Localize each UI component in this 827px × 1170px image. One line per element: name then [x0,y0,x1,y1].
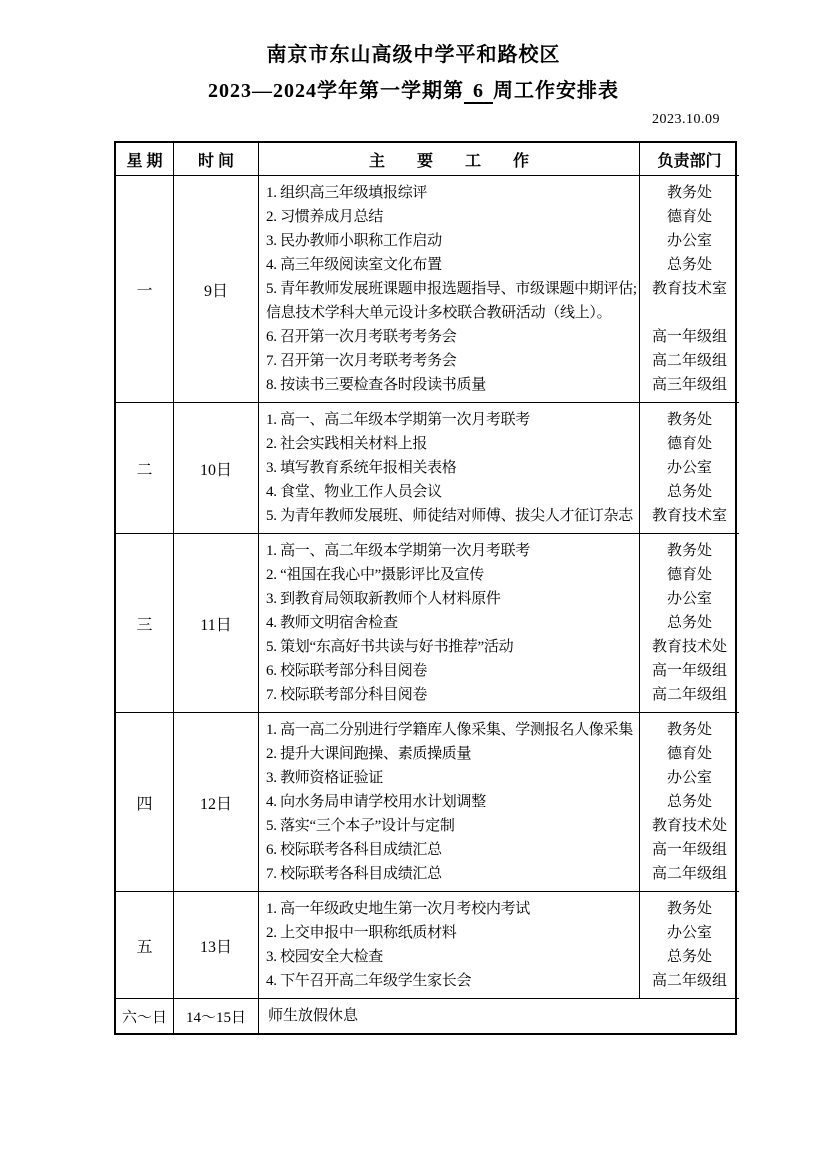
department-label: 总务处 [640,480,739,504]
tasks-cell: 1. 组织高三年级填报综评2. 习惯养成月总结3. 民办教师小职称工作启动4. … [259,175,640,402]
weekday-cell: 二 [116,402,174,533]
task-line: 7. 召开第一次月考联考考务会 [266,349,637,373]
department-label: 高一年级组 [640,659,739,683]
department-label: 高二年级组 [640,349,739,373]
task-line: 2. 提升大课间跑操、素质操质量 [266,742,637,766]
task-line: 3. 民办教师小职称工作启动 [266,229,637,253]
task-line: 4. 食堂、物业工作人员会议 [266,480,637,504]
weekend-note-cell: 师生放假休息 [259,998,739,1033]
departments-cell: 教务处德育处办公室总务处教育技术处高一年级组高二年级组 [640,712,739,891]
task-line: 1. 高一、高二年级本学期第一次月考联考 [266,408,637,432]
departments-cell: 教务处德育处办公室总务处教育技术处高一年级组高二年级组 [640,533,739,712]
task-line: 7. 校际联考部分科目阅卷 [266,683,637,707]
schedule-row: 四 12日 1. 高一高二分别进行学籍库人像采集、学测报名人像采集2. 提升大课… [116,712,735,891]
departments-cell: 教务处办公室总务处高二年级组 [640,891,739,998]
task-line: 4. 下午召开高二年级学生家长会 [266,969,637,993]
task-line: 2. 社会实践相关材料上报 [266,432,637,456]
weekday-cell: 五 [116,891,174,998]
column-header-dept: 负责部门 [640,143,739,175]
weekday-cell: 四 [116,712,174,891]
task-line: 5. 青年教师发展班课题申报选题指导、市级课题中期评估; [266,277,637,301]
tasks-cell: 1. 高一、高二年级本学期第一次月考联考2. “祖国在我心中”摄影评比及宣传3.… [259,533,640,712]
task-line: 4. 高三年级阅读室文化布置 [266,253,637,277]
weekday-cell: 六～日 [116,998,174,1033]
weekend-row: 六～日 14～15日 师生放假休息 [116,998,735,1033]
department-label: 德育处 [640,742,739,766]
department-label: 办公室 [640,229,739,253]
document-page: 南京市东山高级中学平和路校区 2023—2024学年第一学期第6周工作安排表 2… [0,0,827,1170]
date-cell: 14～15日 [174,998,259,1033]
department-label: 高一年级组 [640,838,739,862]
table-header-row: 星 期 时 间 主 要 工 作 负责部门 [116,143,735,175]
department-label: 教务处 [640,897,739,921]
task-line: 5. 为青年教师发展班、师徒结对师傅、拔尖人才征订杂志 [266,504,637,528]
weekday-cell: 一 [116,175,174,402]
department-label: 总务处 [640,945,739,969]
task-line: 1. 组织高三年级填报综评 [266,181,637,205]
task-line: 3. 校园安全大检查 [266,945,637,969]
department-label: 总务处 [640,611,739,635]
task-line: 6. 校际联考部分科目阅卷 [266,659,637,683]
task-line: 6. 召开第一次月考联考考务会 [266,325,637,349]
date-cell: 12日 [174,712,259,891]
department-label: 办公室 [640,587,739,611]
departments-cell: 教务处德育处办公室总务处教育技术室 [640,402,739,533]
department-label: 办公室 [640,921,739,945]
week-number: 6 [464,80,493,104]
schedule-row: 一 9日 1. 组织高三年级填报综评2. 习惯养成月总结3. 民办教师小职称工作… [116,175,735,402]
page-title-line1: 南京市东山高级中学平和路校区 [0,0,827,68]
task-line: 3. 填写教育系统年报相关表格 [266,456,637,480]
department-label: 办公室 [640,766,739,790]
task-line: 4. 教师文明宿舍检查 [266,611,637,635]
schedule-row: 五 13日 1. 高一年级政史地生第一次月考校内考试2. 上交申报中一职称纸质材… [116,891,735,998]
task-line: 1. 高一年级政史地生第一次月考校内考试 [266,897,637,921]
document-date: 2023.10.09 [0,112,827,128]
department-label: 高二年级组 [640,969,739,993]
department-label: 教务处 [640,181,739,205]
weekday-cell: 三 [116,533,174,712]
department-label: 德育处 [640,432,739,456]
department-label [640,301,739,325]
task-line: 1. 高一、高二年级本学期第一次月考联考 [266,539,637,563]
date-cell: 11日 [174,533,259,712]
department-label: 教务处 [640,539,739,563]
department-label: 高一年级组 [640,325,739,349]
task-line: 2. 上交申报中一职称纸质材料 [266,921,637,945]
tasks-cell: 1. 高一高二分别进行学籍库人像采集、学测报名人像采集2. 提升大课间跑操、素质… [259,712,640,891]
task-line: 信息技术学科大单元设计多校联合教研活动（线上）。 [266,301,637,325]
schedule-row: 二 10日 1. 高一、高二年级本学期第一次月考联考2. 社会实践相关材料上报3… [116,402,735,533]
department-label: 办公室 [640,456,739,480]
departments-cell: 教务处德育处办公室总务处教育技术室 高一年级组高二年级组高三年级组 [640,175,739,402]
date-cell: 9日 [174,175,259,402]
department-label: 教育技术处 [640,814,739,838]
column-header-time: 时 间 [174,143,259,175]
department-label: 高三年级组 [640,373,739,397]
column-header-day: 星 期 [116,143,174,175]
column-header-work: 主 要 工 作 [259,143,640,175]
task-line: 6. 校际联考各科目成绩汇总 [266,838,637,862]
schedule-row: 三 11日 1. 高一、高二年级本学期第一次月考联考2. “祖国在我心中”摄影评… [116,533,735,712]
department-label: 高二年级组 [640,862,739,886]
task-line: 2. 习惯养成月总结 [266,205,637,229]
page-title-line2: 2023—2024学年第一学期第6周工作安排表 [0,78,827,104]
tasks-cell: 1. 高一年级政史地生第一次月考校内考试2. 上交申报中一职称纸质材料3. 校园… [259,891,640,998]
task-line: 4. 向水务局申请学校用水计划调整 [266,790,637,814]
department-label: 教务处 [640,408,739,432]
department-label: 德育处 [640,563,739,587]
department-label: 总务处 [640,790,739,814]
task-line: 7. 校际联考各科目成绩汇总 [266,862,637,886]
task-line: 2. “祖国在我心中”摄影评比及宣传 [266,563,637,587]
table-body: 一 9日 1. 组织高三年级填报综评2. 习惯养成月总结3. 民办教师小职称工作… [116,175,735,998]
department-label: 德育处 [640,205,739,229]
department-label: 高二年级组 [640,683,739,707]
task-line: 5. 策划“东高好书共读与好书推荐”活动 [266,635,637,659]
title-suffix: 周工作安排表 [493,80,619,102]
title-prefix: 2023—2024学年第一学期第 [208,80,464,102]
department-label: 教育技术处 [640,635,739,659]
task-line: 3. 到教育局领取新教师个人材料原件 [266,587,637,611]
task-line: 5. 落实“三个本子”设计与定制 [266,814,637,838]
task-line: 1. 高一高二分别进行学籍库人像采集、学测报名人像采集 [266,718,637,742]
task-line: 8. 按读书三要检查各时段读书质量 [266,373,637,397]
tasks-cell: 1. 高一、高二年级本学期第一次月考联考2. 社会实践相关材料上报3. 填写教育… [259,402,640,533]
department-label: 教育技术室 [640,504,739,528]
weekly-schedule-table: 星 期 时 间 主 要 工 作 负责部门 一 9日 1. 组织高三年级填报综评2… [114,141,737,1035]
department-label: 总务处 [640,253,739,277]
department-label: 教育技术室 [640,277,739,301]
task-line: 3. 教师资格证验证 [266,766,637,790]
date-cell: 10日 [174,402,259,533]
date-cell: 13日 [174,891,259,998]
department-label: 教务处 [640,718,739,742]
